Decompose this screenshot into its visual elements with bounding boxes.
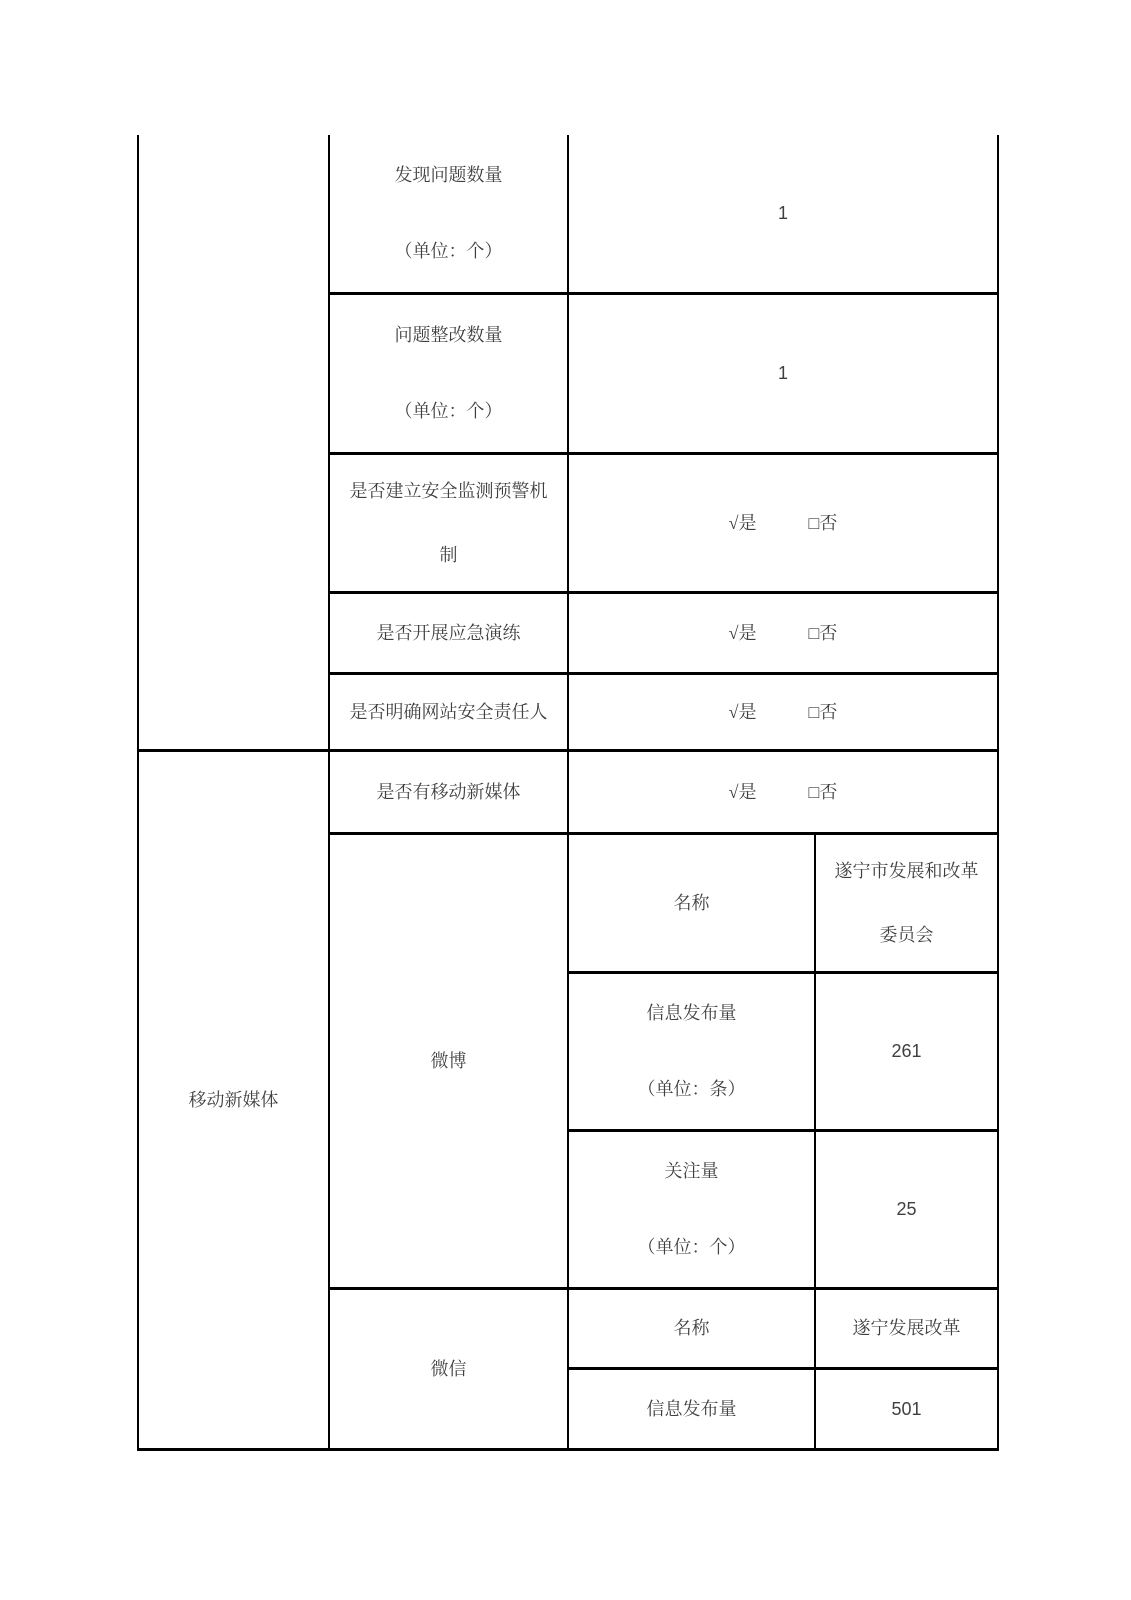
sub-value: 遂宁发展改革	[853, 1318, 961, 1338]
metric-unit: （单位：个）	[338, 219, 559, 283]
sub-label-cell: 信息发布量	[568, 1368, 815, 1449]
metric-label: 是否建立安全监测预警机制	[344, 459, 553, 587]
wechat-group-label: 微信	[431, 1359, 467, 1379]
metric-label-cell: 是否有移动新媒体	[329, 750, 568, 833]
report-table: 发现问题数量 （单位：个） 1 问题整改数量 （单位：个） 1 是否建立安全监测…	[137, 135, 999, 1451]
sub-value-cell: 25	[815, 1130, 998, 1288]
sub-unit: （单位：条）	[577, 1057, 806, 1121]
metric-unit: （单位：个）	[338, 379, 559, 443]
metric-label: 是否开展应急演练	[377, 623, 521, 643]
metric-label: 发现问题数量	[338, 143, 559, 207]
metric-label-cell: 发现问题数量 （单位：个）	[329, 135, 568, 293]
weibo-group-cell: 微博	[329, 833, 568, 1288]
yes-option-checked: √是	[729, 702, 757, 722]
no-option-checkbox: □否	[809, 782, 838, 802]
document-page: 发现问题数量 （单位：个） 1 问题整改数量 （单位：个） 1 是否建立安全监测…	[0, 0, 1131, 1600]
sub-label-cell: 信息发布量 （单位：条）	[568, 972, 815, 1130]
sub-label: 关注量	[577, 1139, 806, 1203]
empty-parent-section-cell	[138, 135, 329, 750]
metric-label: 是否明确网站安全责任人	[350, 702, 548, 722]
section-label: 移动新媒体	[189, 1090, 279, 1110]
sub-value: 遂宁市发展和改革委员会	[829, 839, 984, 967]
sub-label: 信息发布量	[647, 1399, 737, 1419]
yesno-cell: √是□否	[568, 453, 998, 592]
sub-label-cell: 名称	[568, 833, 815, 972]
sub-value-cell: 261	[815, 972, 998, 1130]
sub-value-cell: 遂宁市发展和改革委员会	[815, 833, 998, 972]
metric-label: 问题整改数量	[338, 303, 559, 367]
no-option-checkbox: □否	[809, 513, 838, 533]
wechat-group-cell: 微信	[329, 1288, 568, 1449]
sub-value-cell: 遂宁发展改革	[815, 1288, 998, 1368]
sub-label-cell: 名称	[568, 1288, 815, 1368]
sub-label-cell: 关注量 （单位：个）	[568, 1130, 815, 1288]
weibo-group-label: 微博	[431, 1051, 467, 1071]
sub-value-cell: 501	[815, 1368, 998, 1449]
metric-label-cell: 是否开展应急演练	[329, 592, 568, 673]
no-option-checkbox: □否	[809, 623, 838, 643]
metric-label-cell: 问题整改数量 （单位：个）	[329, 293, 568, 453]
yes-option-checked: √是	[729, 623, 757, 643]
metric-value: 1	[568, 135, 998, 293]
yesno-cell: √是□否	[568, 750, 998, 833]
yes-option-checked: √是	[729, 782, 757, 802]
sub-label: 名称	[674, 1318, 710, 1338]
metric-label-cell: 是否建立安全监测预警机制	[329, 453, 568, 592]
section-label-cell-mobile-media: 移动新媒体	[138, 750, 329, 1449]
no-option-checkbox: □否	[809, 702, 838, 722]
yesno-cell: √是□否	[568, 673, 998, 750]
sub-label: 名称	[674, 893, 710, 913]
metric-label-cell: 是否明确网站安全责任人	[329, 673, 568, 750]
metric-label: 是否有移动新媒体	[377, 782, 521, 802]
metric-value: 1	[568, 293, 998, 453]
yesno-cell: √是□否	[568, 592, 998, 673]
yes-option-checked: √是	[729, 513, 757, 533]
sub-label: 信息发布量	[577, 981, 806, 1045]
sub-unit: （单位：个）	[577, 1215, 806, 1279]
